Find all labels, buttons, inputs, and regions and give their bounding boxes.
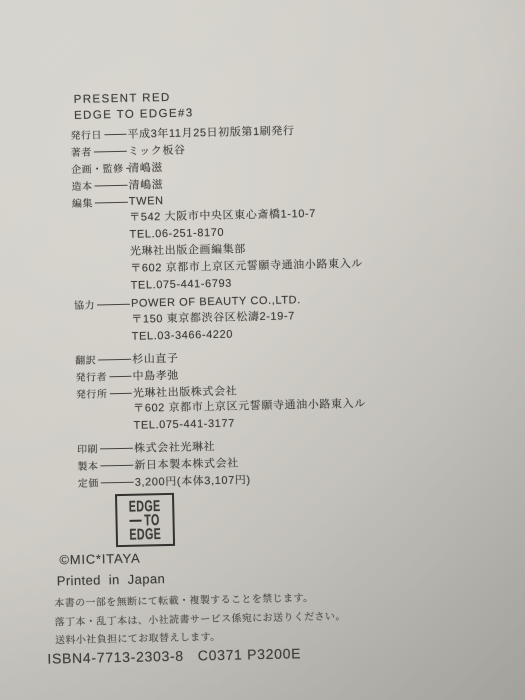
row-label: 企画・監修 xyxy=(71,160,124,176)
row-label: 著者 xyxy=(71,144,92,159)
row-label: 造本 xyxy=(71,178,92,193)
leader-line xyxy=(94,150,127,152)
edge-to-edge-logo: EDGE TO EDGE xyxy=(115,493,175,547)
row-label: 編集 xyxy=(72,195,93,210)
row-label: 定価 xyxy=(78,474,99,489)
leader-line xyxy=(109,392,132,393)
row-value: 清嶋滋 xyxy=(128,159,163,176)
row-label: 印刷 xyxy=(77,440,98,455)
leader-line xyxy=(104,133,127,134)
leader-line xyxy=(109,375,132,376)
leader-line xyxy=(95,184,128,186)
row-value: 中島孝弛 xyxy=(132,366,179,383)
row-value: 光琳社出版株式会社 xyxy=(133,382,238,400)
leader-line xyxy=(100,447,133,449)
book-colophon-photo: PRESENT RED EDGE TO EDGE#3 発行日 平成3年11月25… xyxy=(0,0,525,700)
isbn-number: ISBN4-7713-2303-8 xyxy=(47,648,184,667)
logo-crossbar xyxy=(129,519,141,521)
row-value: 杉山直子 xyxy=(132,349,179,366)
leader-line xyxy=(100,464,133,466)
row-value: TWEN xyxy=(129,195,164,208)
classification-code: C0371 P3200E xyxy=(198,645,302,663)
row-label: 製本 xyxy=(77,457,98,472)
printed-in-japan-line: Printed in Japan xyxy=(57,571,166,588)
row-label: 発行者 xyxy=(75,368,107,384)
row-value: 新日本製本株式会社 xyxy=(134,454,239,472)
logo-text-bottom: EDGE xyxy=(129,525,161,542)
book-title-line2: EDGE TO EDGE#3 xyxy=(74,105,194,123)
row-value: POWER OF BEAUTY CO.,LTD. xyxy=(131,294,301,310)
row-value: 3,200円(本体3,107円) xyxy=(135,471,251,489)
row-value: 株式会社光琳社 xyxy=(134,438,216,456)
book-title-block: PRESENT RED EDGE TO EDGE#3 xyxy=(74,89,194,123)
leader-line xyxy=(97,303,130,305)
row-label: 発行日 xyxy=(70,126,102,142)
row-value: 清嶋滋 xyxy=(128,176,163,193)
row-value: ミック板谷 xyxy=(128,141,186,158)
leader-line xyxy=(98,358,131,360)
row-label: 発行所 xyxy=(76,385,108,401)
row-label: 翻訳 xyxy=(75,351,96,366)
page-sheet: PRESENT RED EDGE TO EDGE#3 発行日 平成3年11月25… xyxy=(0,0,525,700)
leader-line xyxy=(95,201,128,203)
colophon-rows: 発行日 平成3年11月25日初版第1刷発行 著者 ミック板谷 企画・監修 清嶋滋… xyxy=(70,119,418,491)
leader-line xyxy=(101,481,134,483)
row-label: 協力 xyxy=(74,296,95,311)
copyright-line: ©MIC*ITAYA xyxy=(59,551,140,568)
legal-notices: 本書の一部を無断にて転載・複製することを禁じます。 落丁本・乱丁本は、小社読書サ… xyxy=(54,589,346,651)
